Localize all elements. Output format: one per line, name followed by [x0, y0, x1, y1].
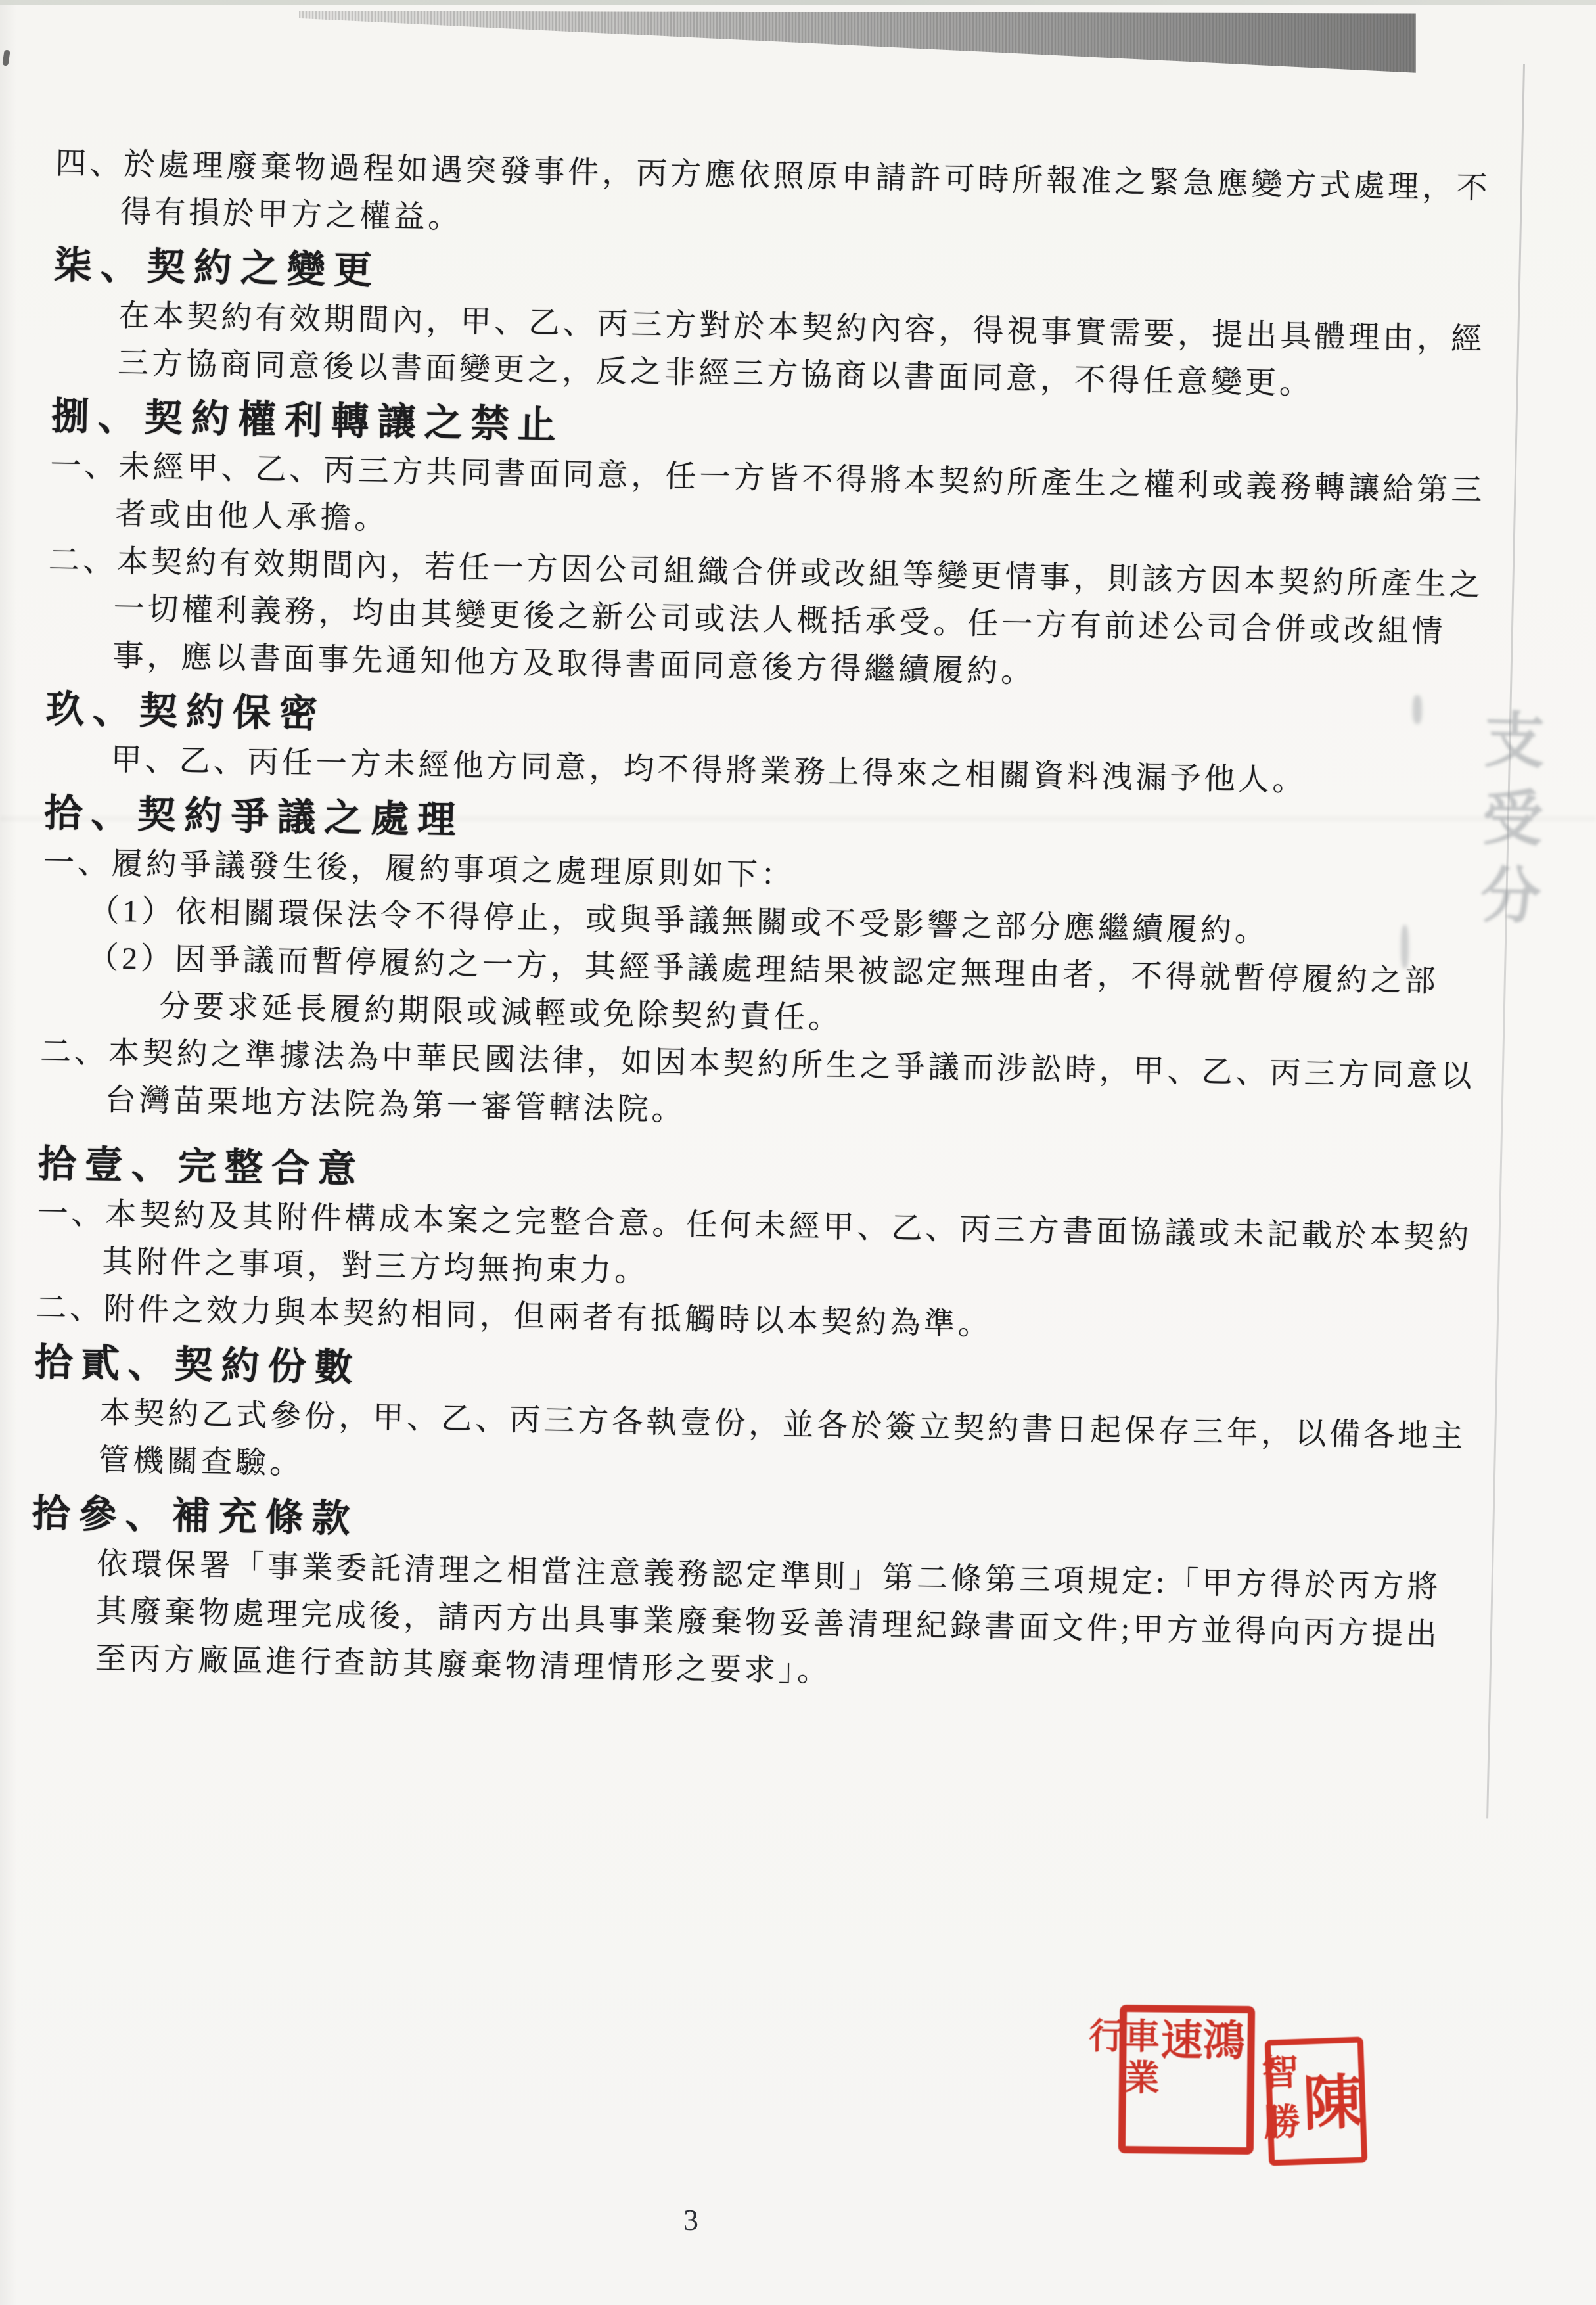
company-seal-right-column: 鴻速 — [1156, 2018, 1241, 2142]
contract-line: 台灣苗栗地方法院為第一審管轄法院。 — [39, 1083, 1531, 1142]
scanned-contract-page: { "page": { "number": "3" }, "colors": {… — [0, 0, 1596, 2305]
company-seal-left-column: 車業行 — [1085, 2017, 1157, 2141]
company-seal-stamp: 鴻速 車業行 — [1118, 2005, 1255, 2155]
name-seal-left-column: 智勝 — [1258, 2052, 1298, 2153]
contract-body: 四、於處理廢棄物過程如遇突發事件，丙方應依照原申請許可時所報准之緊急應變方式處理… — [29, 147, 1547, 1714]
contract-line: 二、附件之效力與本契約相同，但兩者有抵觸時以本契約為準。 — [35, 1292, 1528, 1351]
scanner-shadow-band — [299, 7, 1416, 76]
scan-speck — [2, 49, 10, 66]
personal-name-seal-stamp: 陳 智勝 — [1265, 2036, 1368, 2166]
contract-line: 管機關查驗。 — [33, 1443, 1525, 1502]
contract-line: 得有損於甲方之權益。 — [55, 194, 1547, 254]
contract-line: 三方協商同意後以書面變更之，反之非經三方協商以書面同意，不得任意變更。 — [52, 346, 1544, 405]
name-seal-right-column: 陳 — [1295, 2070, 1356, 2132]
scanner-edge-stripe — [0, 0, 1596, 5]
contract-line: 至丙方廠區進行查訪其廢棄物清理情形之要求」。 — [29, 1641, 1521, 1700]
contract-line: 事，應以書面事先通知他方及取得書面同意後方得繼續履約。 — [47, 639, 1539, 698]
page-number: 3 — [683, 2202, 698, 2237]
